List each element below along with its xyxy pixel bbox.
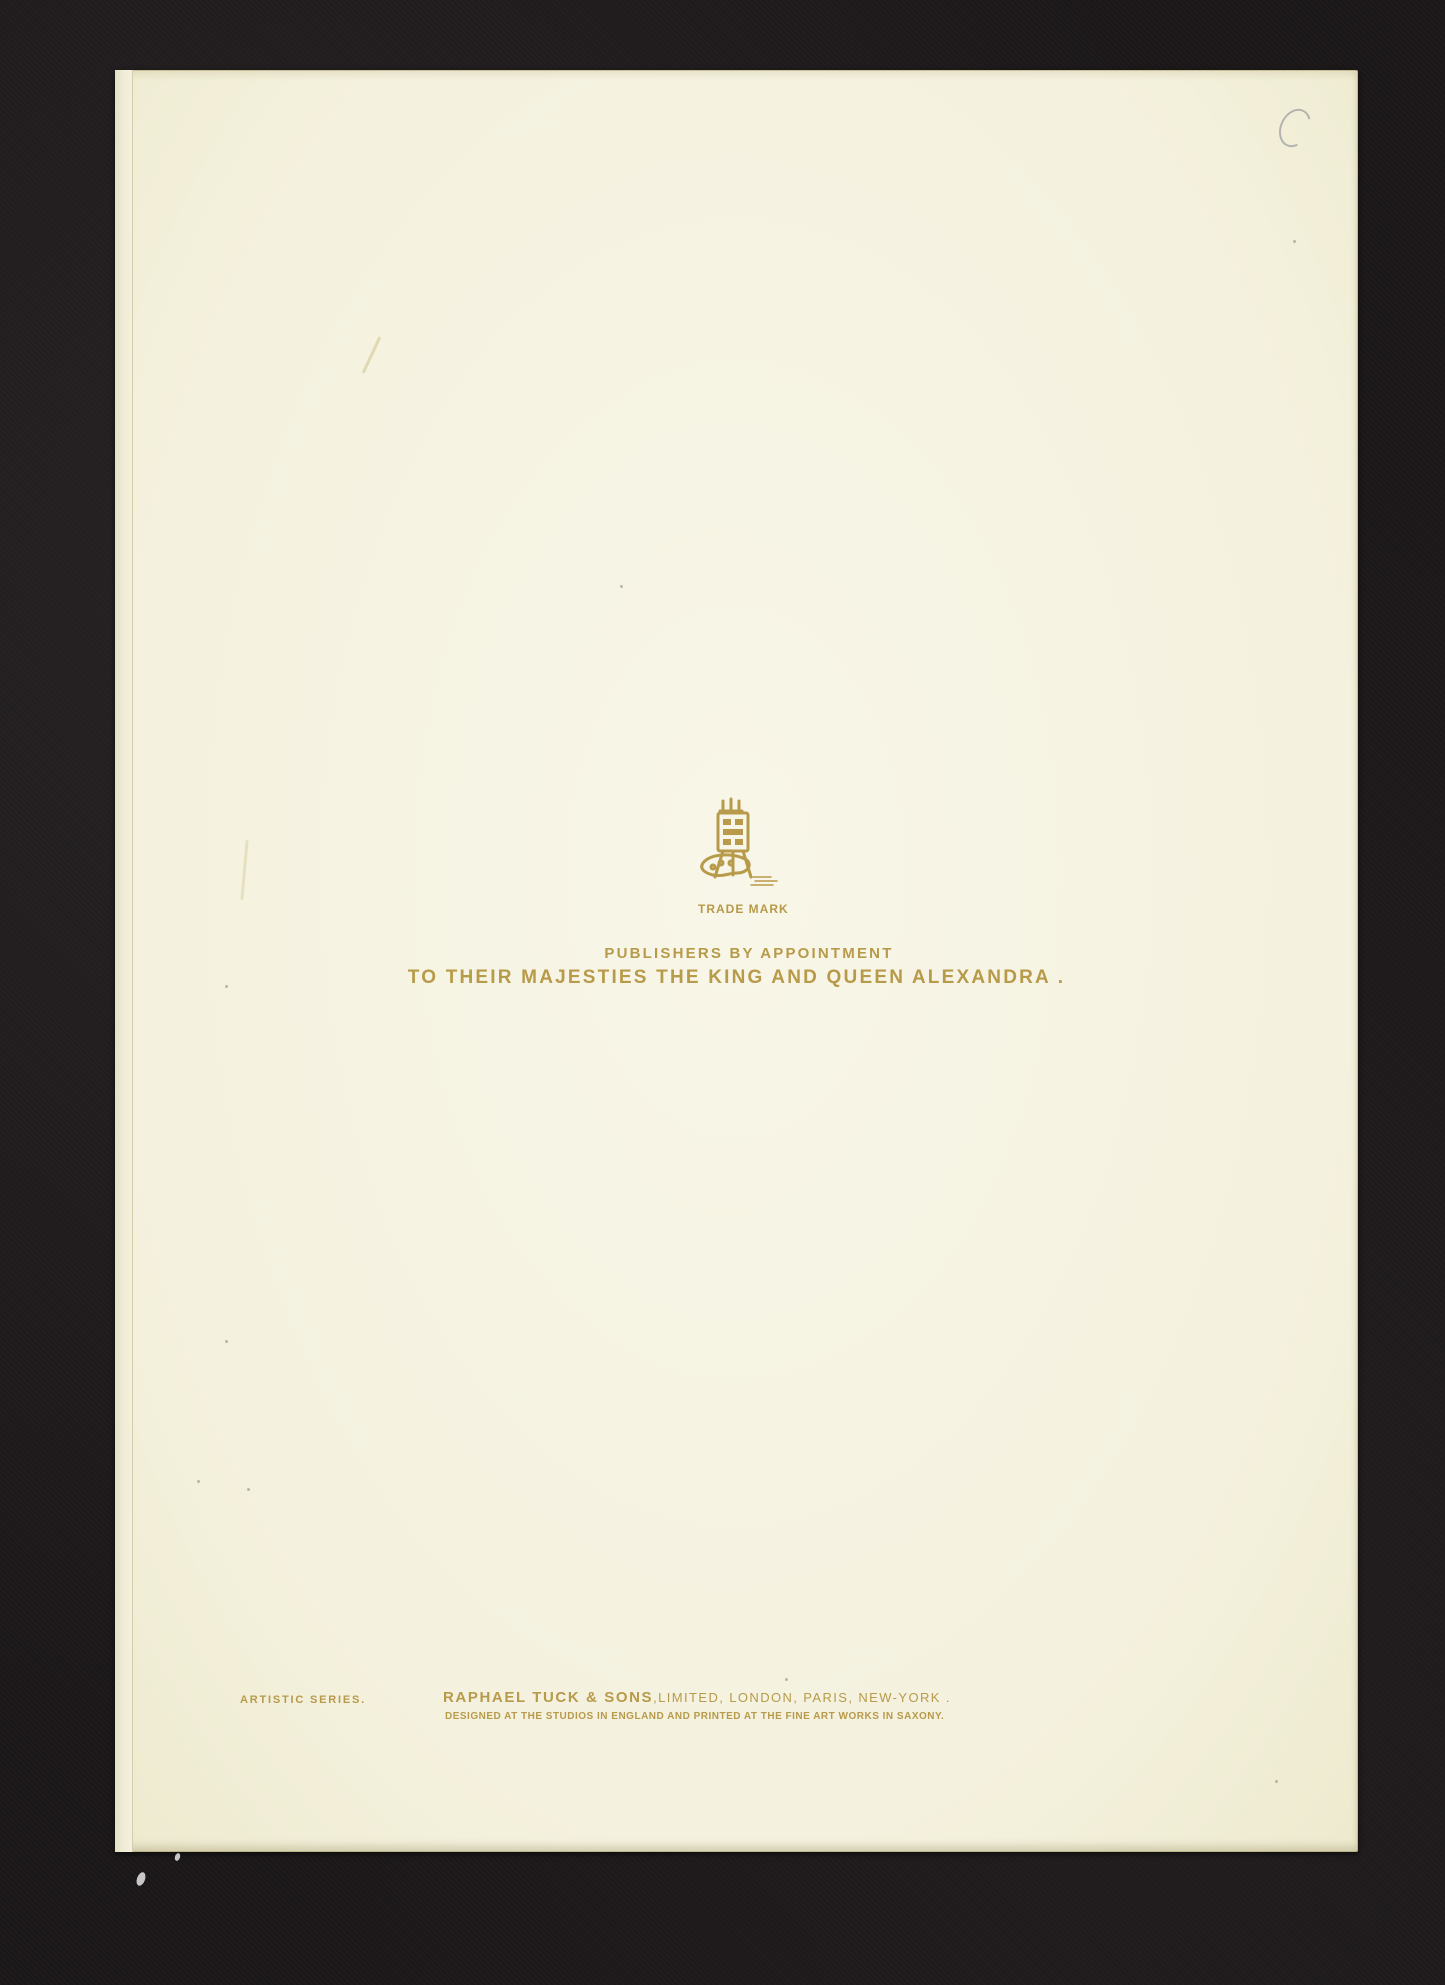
scratch-mark — [240, 840, 248, 900]
speck — [1293, 240, 1296, 243]
lint-speck — [135, 1871, 147, 1887]
publisher-name: RAPHAEL TUCK & SONS,LIMITED, LONDON, PAR… — [443, 1689, 951, 1706]
series-label: ARTISTIC SERIES. — [240, 1694, 366, 1706]
speck — [1275, 1780, 1278, 1783]
speck — [225, 1340, 228, 1343]
printed-note: DESIGNED AT THE STUDIOS IN ENGLAND AND P… — [445, 1711, 944, 1722]
speck — [620, 585, 623, 588]
easel-palette-trademark-icon — [693, 797, 783, 893]
greeting-card-back: TRADE MARK PUBLISHERS BY APPOINTMENT TO … — [115, 70, 1358, 1852]
pencil-mark — [1273, 104, 1317, 153]
publisher-details: ,LIMITED, LONDON, PARIS, NEW-YORK . — [653, 1690, 951, 1705]
scratch-mark — [362, 336, 382, 374]
speck — [247, 1488, 250, 1491]
lint-speck — [174, 1852, 181, 1861]
speck — [785, 1678, 788, 1681]
publishers-appointment-line: PUBLISHERS BY APPOINTMENT — [115, 945, 1358, 962]
speck — [197, 1480, 200, 1483]
royal-warrant-line: TO THEIR MAJESTIES THE KING AND QUEEN AL… — [115, 967, 1358, 989]
trademark-label: TRADE MARK — [698, 902, 789, 916]
publisher-name-text: RAPHAEL TUCK & SONS — [443, 1689, 653, 1706]
